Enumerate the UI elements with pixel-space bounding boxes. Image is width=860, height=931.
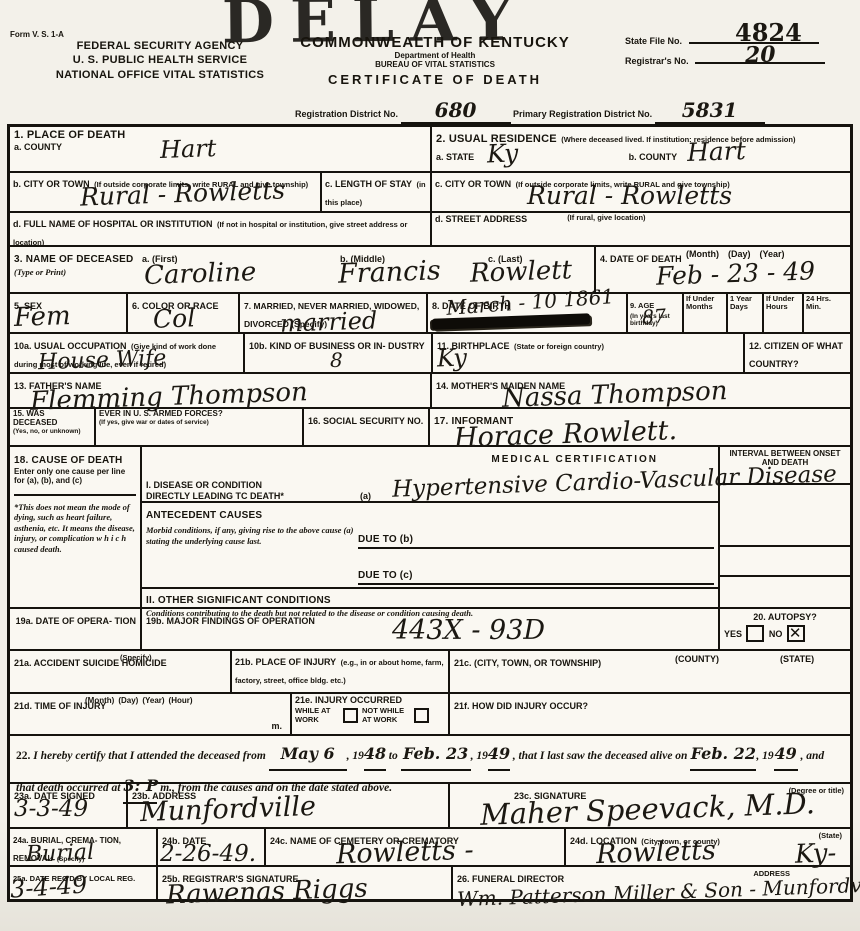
name-note: (Type or Print) [14,267,134,278]
informant-field: 17. INFORMANT Horace Rowlett. [430,409,850,445]
date-of-death-value: Feb - 23 - 49 [656,256,816,291]
interval-line-1 [720,483,850,485]
date-received-field: 25a. DATE REC'D BY LOCAL REG. 3-4-49 [10,867,158,899]
form-number: Form V. S. 1-A [10,30,310,39]
middle-name-field: b. (Middle) Francis [336,247,484,292]
certify-text-3: to [389,750,398,762]
length-of-stay-field: c. LENGTH OF STAY (in this place) [322,173,430,211]
certify-to-date: Feb. 23 [401,739,471,771]
other-conditions-title: II. OTHER SIGNIFICANT CONDITIONS [146,595,331,606]
was-deceased-note: (Yes, no, or unknown) [13,428,91,435]
cause-of-death-sidebar: 18. CAUSE OF DEATH Enter only one cause … [10,447,142,607]
cemetery-field: 24c. NAME OF CEMETERY OR CREMATORY Rowle… [266,829,566,865]
date-signed-field: 23a. DATE SIGNED 3-3-49 [10,784,128,827]
street-address-field: d. STREET ADDRESS (If rural, give locati… [432,213,850,243]
first-name-field: a. (First) Caroline [138,247,336,292]
business-field: 10b. KIND OF BUSINESS OR IN- DUSTRY 8 [245,334,433,372]
autopsy-yes-label: YES [724,629,742,639]
cemetery-location-value: Rowletts [595,835,716,870]
while-at-work-label: WHILE AT WORK [295,707,339,724]
city-of-death-field: b. CITY OR TOWN (If outside corporate li… [10,173,322,211]
birthplace-field: 11. BIRTHPLACE (State or foreign country… [433,334,745,372]
residence-city-label: c. CITY OR TOWN [435,179,511,189]
agency-line-2: U. S. PUBLIC HEALTH SERVICE [10,53,310,67]
street-address-note: (If rural, give location) [567,214,645,242]
disease-tag-a: (a) [360,491,371,501]
interval-label: INTERVAL BETWEEN ONSET AND DEATH [723,450,847,468]
certify-to-year: 49 [488,739,510,771]
age-col-min: 24 Hrs. Min. [804,294,850,332]
sidebar-divider [14,494,136,496]
antecedent-causes-title: ANTECEDENT CAUSES [146,510,262,521]
certify-text-6: , 19 [756,750,773,762]
cause-of-death-title: 18. CAUSE OF DEATH [14,455,122,466]
interval-line-3 [720,575,850,577]
occupation-value: House Wife [38,346,167,375]
was-deceased-field: 15. WAS DECEASED (Yes, no, or unknown) [10,409,96,445]
county-of-death-value: Hart [160,134,217,164]
cemetery-value: Rowletts - [336,835,475,871]
sex-value: Fem [13,301,71,333]
cause-of-death-note2: *This does not mean the mode of dying, s… [14,502,136,555]
not-while-at-work-checkbox [414,708,429,723]
row-occupation: 10a. USUAL OCCUPATION (Give kind of work… [10,334,850,374]
residence-state-value: Ky [487,138,519,168]
primary-district-value: 5831 [655,98,765,124]
age-col-hours-bottom: Hours [766,303,800,311]
city-of-death-value: Rural - Rowletts [80,175,286,211]
place-of-death-title: 1. PLACE OF DEATH [14,129,125,142]
certify-text-5: , that I last saw the deceased alive on [513,750,688,762]
middle-name-value: Francis [337,255,441,290]
row-registrar: 25a. DATE REC'D BY LOCAL REG. 3-4-49 25b… [10,867,850,899]
row-operation: 19a. DATE OF OPERA- TION 19b. MAJOR FIND… [10,609,850,651]
burial-date-field: 24b. DATE 2-26-49. [158,829,266,865]
certify-text-4: , 19 [471,750,488,762]
date-of-operation-field: 19a. DATE OF OPERA- TION [10,609,142,649]
residence-county-value: Hart [687,136,747,167]
registrar-no-line: Registrar's No. 20 [625,56,850,66]
certify-number: 22. [16,750,30,762]
accident-suicide-homicide-field: 21a. ACCIDENT SUICIDE HOMICIDE (Specify) [10,651,232,692]
certify-statement: 22. I hereby certify that I attended the… [10,736,850,782]
dept-of-health: Department of Health [270,51,600,60]
age-value: 87 [641,305,667,329]
burial-field: 24a. BURIAL, CREMA- TION, REMOVAL (Speci… [10,829,158,865]
ssn-label: 16. SOCIAL SECURITY NO. [308,416,423,426]
not-while-at-work-label: NOT WHILE AT WORK [362,707,410,724]
usual-residence-note: (Where deceased lived. If institution: r… [561,135,795,144]
medical-certification-section: MEDICAL CERTIFICATION I. DISEASE OR COND… [142,447,720,607]
physician-address-value: Munfordville [140,791,317,828]
row-name: 3. NAME OF DECEASED (Type or Print) a. (… [10,247,850,294]
injury-state-label: (STATE) [780,654,814,664]
burial-date-value: 2-26-49. [160,841,256,867]
length-of-stay-label: c. LENGTH OF STAY [325,179,412,189]
physician-address-field: 23b. ADDRESS Munfordville [128,784,450,827]
due-to-b-line: DUE TO (b) [358,529,714,549]
place-of-injury-field: 21b. PLACE OF INJURY (e.g., in or about … [232,651,450,692]
date-received-value: 3-4-49 [9,870,88,903]
row-place-residence: 1. PLACE OF DEATH a. COUNTY Hart b. CITY… [10,127,850,247]
date-of-birth-field: 8. DATE OF BIRTH March - 10 1861 [428,294,628,332]
age-col-days: 1 Year Days [728,294,764,332]
injury-occurred-field: 21e. INJURY OCCURRED WHILE AT WORK NOT W… [292,694,450,734]
row-burial: 24a. BURIAL, CREMA- TION, REMOVAL (Speci… [10,829,850,867]
registrar-no-label: Registrar's No. [625,56,689,66]
physician-signature-field: 23c. SIGNATURE (Degree or title) Maher S… [450,784,850,827]
time-of-injury-field: 21d. TIME OF INJURY (Month) (Day) (Year)… [10,694,292,734]
row-injury-time: 21d. TIME OF INJURY (Month) (Day) (Year)… [10,694,850,736]
reg-district-value: 680 [401,98,511,124]
citizen-label: 12. CITIZEN OF WHAT COUNTRY? [749,341,843,369]
cemetery-location-field: 24d. LOCATION (City, town, or county) (S… [566,829,850,865]
disease-line: I. DISEASE OR CONDITION DIRECTLY LEADING… [142,467,718,503]
color-race-field: 6. COLOR OR RACE Col [128,294,240,332]
birthplace-value: Ky [437,343,468,372]
name-title: 3. NAME OF DECEASED [14,254,133,265]
autopsy-field: 20. AUTOPSY? YES NO ✕ [720,609,850,649]
date-signed-value: 3-3-49 [14,796,88,822]
certify-text-2: , 19 [347,750,364,762]
primary-district-label: Primary Registration District No. [513,109,652,119]
due-to-c-label: DUE TO (c) [358,570,413,581]
certify-text-1: I hereby certify that I attended the dec… [33,750,266,762]
injury-city-label: 21c. (CITY, TOWN, OR TOWNSHIP) [454,658,601,668]
place-of-injury-label: 21b. PLACE OF INJURY [235,657,336,667]
how-injury-occurred-label: 21f. HOW DID INJURY OCCUR? [454,701,588,711]
certify-alive-date: Feb. 22 [690,739,756,771]
bureau-vital-statistics: BUREAU OF VITAL STATISTICS [270,60,600,69]
residence-city-field: c. CITY OR TOWN (If outside corporate li… [432,173,850,213]
registrar-signature-value: Rawenas Riggs [166,873,369,910]
commonwealth-title: COMMONWEALTH OF KENTUCKY [270,34,600,51]
certify-from-date: May 6 [269,739,347,771]
mother-name-field: 14. MOTHER'S MAIDEN NAME Nassa Thompson [432,374,850,407]
funeral-director-field: 26. FUNERAL DIRECTOR ADDRESS Wm. Patters… [453,867,850,899]
due-to-c-line: DUE TO (c) [358,565,714,585]
residence-city-value: Rural - Rowletts [527,181,732,210]
injury-city-field: 21c. (CITY, TOWN, OR TOWNSHIP) (COUNTY) … [450,651,850,692]
interval-line-2 [720,545,850,547]
ssn-field: 16. SOCIAL SECURITY NO. [304,409,430,445]
marital-status-field: 7. MARRIED, NEVER MARRIED, WIDOWED, DIVO… [240,294,428,332]
title-block: COMMONWEALTH OF KENTUCKY Department of H… [270,34,600,87]
hospital-label: d. FULL NAME OF HOSPITAL OR INSTITUTION [13,219,213,229]
cause-of-death-note1: Enter only one cause per line for (a), (… [14,468,136,486]
interval-column: INTERVAL BETWEEN ONSET AND DEATH [720,447,850,607]
disease-label-1: I. DISEASE OR CONDITION [146,480,360,490]
injury-occurred-label: 21e. INJURY OCCURRED [295,695,445,705]
state-file-line: State File No. 4824 [625,36,850,46]
major-findings-value: 443X - 93D [392,615,545,646]
agency-line-3: NATIONAL OFFICE VITAL STATISTICS [10,68,310,82]
armed-forces-field: EVER IN U. S. ARMED FORCES? (If yes, giv… [96,409,304,445]
injury-county-label: (COUNTY) [675,654,719,664]
row-parents: 13. FATHER'S NAME Flemming Thompson 14. … [10,374,850,409]
district-line: Registration District No. 680 Primary Re… [295,98,765,124]
marital-status-value: married [280,306,378,337]
state-file-label: State File No. [625,36,682,46]
citizen-field: 12. CITIZEN OF WHAT COUNTRY? [745,334,850,372]
time-of-injury-m: m. [271,721,282,731]
hospital-field: d. FULL NAME OF HOSPITAL OR INSTITUTION … [10,213,430,243]
autopsy-no-checkmark: ✕ [789,624,802,642]
row-demographics: 5. SEX Fem 6. COLOR OR RACE Col 7. MARRI… [10,294,850,334]
how-injury-occurred-field: 21f. HOW DID INJURY OCCUR? [450,694,850,734]
certificate-form: 1. PLACE OF DEATH a. COUNTY Hart b. CITY… [7,124,853,902]
business-value: 8 [330,348,343,372]
birthplace-note: (State or foreign country) [514,342,604,351]
city-of-death-label: b. CITY OR TOWN [13,179,90,189]
time-of-injury-cols: (Month) (Day) (Year) (Hour) [85,697,193,706]
row-injury-place: 21a. ACCIDENT SUICIDE HOMICIDE (Specify)… [10,651,850,694]
burial-value: Burial [26,840,95,867]
morbid-block: Morbid conditions, if any, giving rise t… [142,525,718,587]
autopsy-yes-checkbox [746,625,764,642]
age-field: 9. AGE (In years last birthday) 87 [628,294,684,332]
armed-forces-label: EVER IN U. S. ARMED FORCES? [99,410,299,419]
date-of-operation-label: 19a. DATE OF OPERA- TION [16,616,136,626]
last-name-field: c. (Last) Rowlett [484,247,596,292]
usual-residence-section: 2. USUAL RESIDENCE (Where deceased lived… [432,127,850,245]
residence-county-label: b. COUNTY [629,152,678,162]
row-cause-of-death: 18. CAUSE OF DEATH Enter only one cause … [10,447,850,609]
age-col-months: If Under Months [684,294,728,332]
row-forces-informant: 15. WAS DECEASED (Yes, no, or unknown) E… [10,409,850,447]
major-findings-label: 19b. MAJOR FINDINGS OF OPERATION [146,616,315,626]
age-col-hours: If Under Hours [764,294,804,332]
certify-from-year: 48 [364,739,386,771]
residence-state-label: a. STATE [436,152,474,162]
occupation-field: 10a. USUAL OCCUPATION (Give kind of work… [10,334,245,372]
row-certify-statement: 22. I hereby certify that I attended the… [10,736,850,784]
due-to-b-label: DUE TO (b) [358,534,413,545]
date-of-death-field: 4. DATE OF DEATH (Month) (Day) (Year) Fe… [596,247,850,292]
reg-district-label: Registration District No. [295,109,398,119]
registrar-signature-field: 25b. REGISTRAR'S SIGNATURE Rawenas Riggs [158,867,453,899]
autopsy-no-label: NO [769,629,783,639]
color-race-value: Col [153,303,196,333]
street-address-label: d. STREET ADDRESS [435,214,527,242]
county-of-death-field: 1. PLACE OF DEATH a. COUNTY Hart [10,127,430,173]
certify-alive-year: 49 [774,739,798,771]
agency-block: Form V. S. 1-A FEDERAL SECURITY AGENCY U… [10,30,310,82]
first-name-value: Caroline [144,257,257,291]
file-number-block: State File No. 4824 Registrar's No. 20 [625,36,850,76]
county-of-death-label: a. COUNTY [14,142,125,152]
funeral-director-label: 26. FUNERAL DIRECTOR [457,874,564,884]
was-deceased-label: 15. WAS DECEASED [13,410,91,428]
armed-forces-note: (If yes, give war or dates of service) [99,419,299,426]
age-col-days-bottom: Days [730,303,760,311]
age-col-months-bottom: Months [686,303,724,311]
place-of-death-section: 1. PLACE OF DEATH a. COUNTY Hart b. CITY… [10,127,432,245]
sex-field: 5. SEX Fem [10,294,128,332]
certificate-title: CERTIFICATE OF DEATH [270,72,600,87]
disease-label-2: DIRECTLY LEADING TC DEATH* [146,491,360,501]
row-signature: 23a. DATE SIGNED 3-3-49 23b. ADDRESS Mun… [10,784,850,829]
name-title-cell: 3. NAME OF DECEASED (Type or Print) [10,247,138,292]
medical-certification-title: MEDICAL CERTIFICATION [491,454,658,465]
major-findings-field: 19b. MAJOR FINDINGS OF OPERATION 443X - … [142,609,720,649]
while-at-work-checkbox [343,708,358,723]
cemetery-location-state-value: Ky- [794,838,836,869]
agency-line-1: FEDERAL SECURITY AGENCY [10,39,310,53]
age-col-min-bottom: Min. [806,303,848,311]
autopsy-label: 20. AUTOPSY? [724,612,846,622]
last-name-value: Rowlett [470,255,573,289]
autopsy-no-checkbox: ✕ [787,625,805,642]
morbid-note: Morbid conditions, if any, giving rise t… [146,525,358,587]
registrar-no-value: 20 [745,41,777,68]
accident-note: (Specify) [120,654,152,662]
father-name-field: 13. FATHER'S NAME Flemming Thompson [10,374,432,407]
